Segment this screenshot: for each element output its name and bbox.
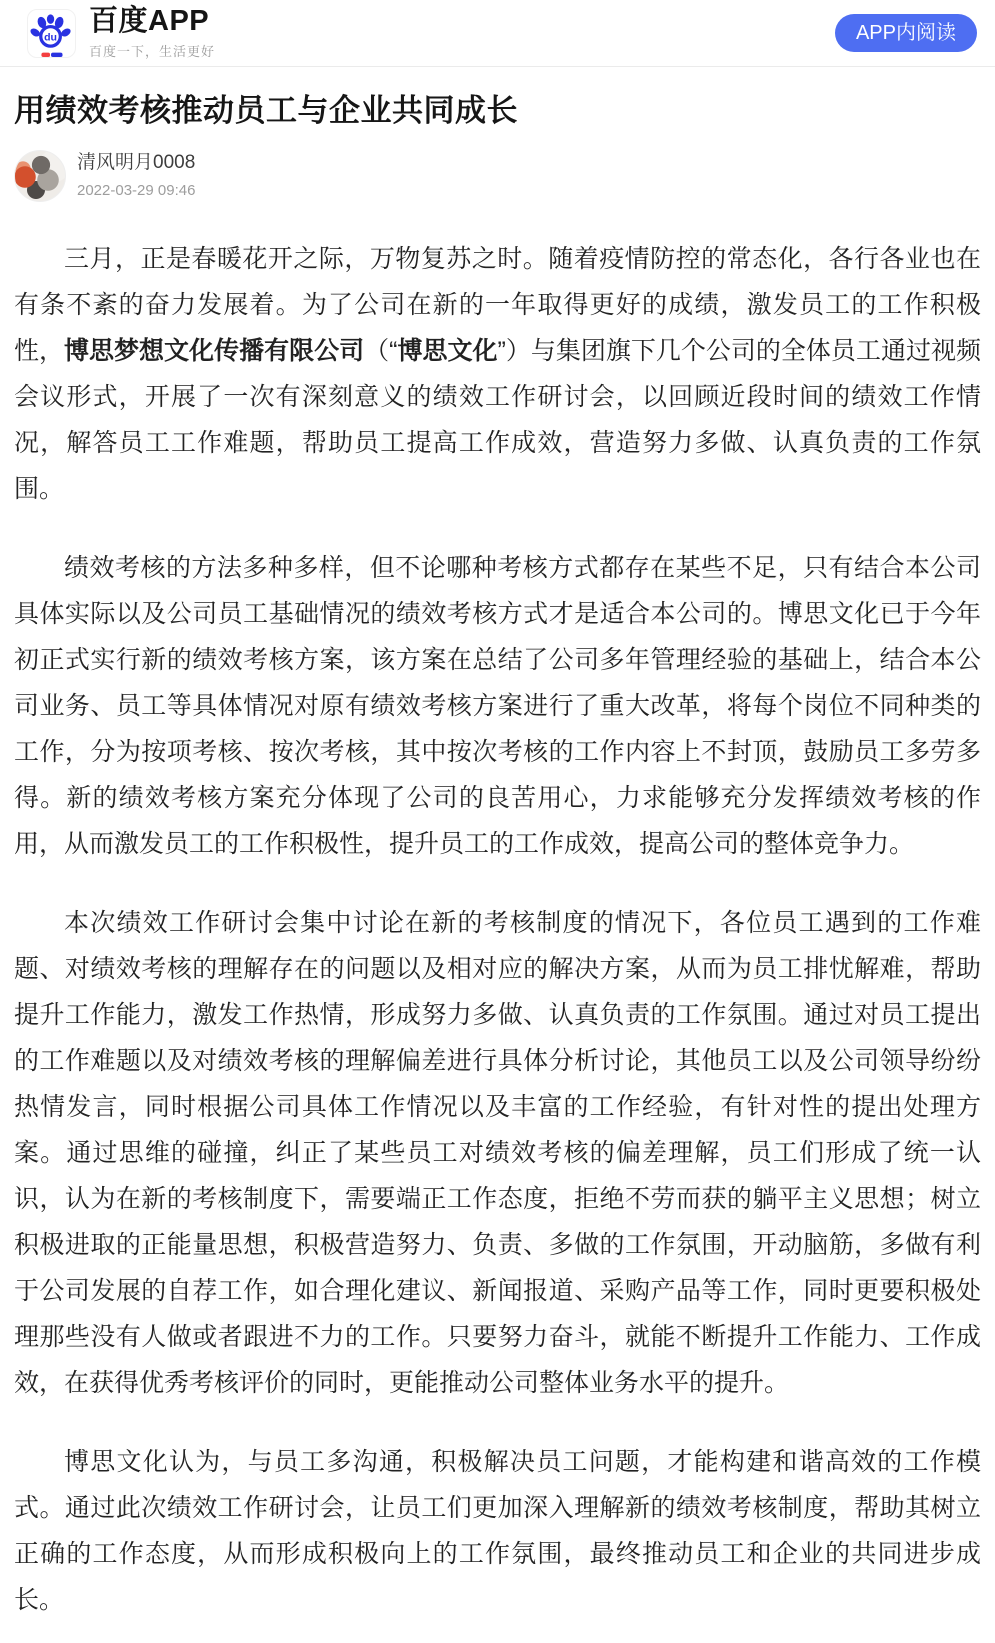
author-row[interactable]: 清风明月0008 2022-03-29 09:46 xyxy=(14,150,981,202)
baidu-paw-icon: du xyxy=(28,10,75,57)
article-body: 三月，正是春暖花开之际，万物复苏之时。随着疫情防控的常态化，各行各业也在有条不紊… xyxy=(14,236,981,1623)
publish-date: 2022-03-29 09:46 xyxy=(77,182,195,199)
body-text: 绩效考核的方法多种多样，但不论哪种考核方式都存在某些不足，只有结合本公司具体实际… xyxy=(14,554,981,858)
article-paragraph: 本次绩效工作研讨会集中讨论在新的考核制度的情况下，各位员工遇到的工作难题、对绩效… xyxy=(14,900,981,1406)
author-meta: 清风明月0008 2022-03-29 09:46 xyxy=(77,152,195,199)
app-tagline: 百度一下，生活更好 xyxy=(89,41,215,60)
brand-block: 百度APP 百度一下，生活更好 xyxy=(89,6,215,59)
author-avatar[interactable] xyxy=(14,150,66,202)
article-paragraph: 博思文化认为，与员工多沟通，积极解决员工问题，才能构建和谐高效的工作模式。通过此… xyxy=(14,1439,981,1623)
baidu-logo-icon[interactable]: du xyxy=(27,9,76,58)
article-paragraph: 三月，正是春暖花开之际，万物复苏之时。随着疫情防控的常态化，各行各业也在有条不紊… xyxy=(14,236,981,512)
body-text: 本次绩效工作研讨会集中讨论在新的考核制度的情况下，各位员工遇到的工作难题、对绩效… xyxy=(14,909,981,1397)
author-name: 清风明月0008 xyxy=(77,152,195,175)
article-paragraph: 绩效考核的方法多种多样，但不论哪种考核方式都存在某些不足，只有结合本公司具体实际… xyxy=(14,545,981,867)
article-container: 用绩效考核推动员工与企业共同成长 清风明月0008 2022-03-29 09:… xyxy=(0,90,995,1623)
read-in-app-button[interactable]: APP内阅读 xyxy=(835,14,977,52)
article-title: 用绩效考核推动员工与企业共同成长 xyxy=(14,90,981,132)
app-name: 百度APP xyxy=(89,6,215,36)
body-text: 博思文化认为，与员工多沟通，积极解决员工问题，才能构建和谐高效的工作模式。通过此… xyxy=(14,1448,981,1614)
bold-text: 博思梦想文化传播有限公司 xyxy=(64,337,364,365)
bold-text: 博思文化 xyxy=(397,337,497,365)
app-header: du 百度APP 百度一下，生活更好 APP内阅读 xyxy=(0,0,995,67)
body-text: （“ xyxy=(364,337,397,365)
svg-text:du: du xyxy=(44,31,57,43)
